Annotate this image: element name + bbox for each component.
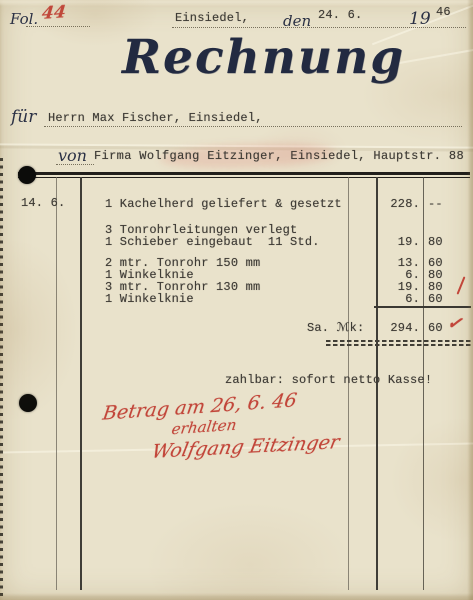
total-label: Sa. ℳk:: [307, 322, 364, 334]
total-underline-dash-1: [326, 340, 471, 342]
line-item-description: 1 Winkelknie: [105, 293, 194, 305]
date-dotted-line: [172, 27, 466, 28]
table-top-rule-thin: [18, 177, 470, 178]
von-dotted-line: [56, 164, 94, 165]
line-item-pfennig: 60: [428, 293, 458, 305]
received-note-line2: erhalten: [171, 418, 238, 437]
line-item-row: 1 Schieber eingebaut 11 Std.19.80: [0, 236, 473, 249]
year-prefix: 19: [409, 11, 431, 28]
line-item-mark: 228.: [374, 198, 420, 210]
year-suffix: 46: [436, 6, 451, 18]
line-item-description: 1 Schieber eingebaut 11 Std.: [105, 236, 320, 248]
line-item-description: 1 Kachelherd geliefert & gesetzt: [105, 198, 342, 210]
place-text: Einsiedel,: [175, 12, 249, 24]
line-item-row: 1 Kachelherd geliefert & gesetzt228.--: [0, 198, 473, 211]
punch-hole-top: [18, 166, 36, 184]
fol-number-handwritten: 44: [41, 4, 67, 23]
customer-dotted-line: [44, 126, 462, 127]
line-item-mark: 6.: [374, 293, 420, 305]
table-top-rule-thick: [18, 172, 470, 175]
customer-name: Herrn Max Fischer, Einsiedel,: [48, 112, 263, 124]
line-item-pfennig: --: [428, 198, 458, 210]
fol-dotted-line: [26, 26, 90, 27]
check-mark: ✓: [446, 314, 463, 334]
fuer-label: für: [11, 109, 36, 126]
vendor-name: Firma Wolfgang Eitzinger, Einsiedel, Hau…: [94, 150, 464, 162]
date-day-month: 24. 6.: [318, 9, 362, 21]
sum-rule: [374, 306, 471, 308]
line-item-mark: 19.: [374, 236, 420, 248]
payment-terms: zahlbar: sofort netto Kasse!: [225, 374, 432, 386]
line-item-pfennig: 80: [428, 236, 458, 248]
punch-hole-bottom: [19, 394, 37, 412]
line-item-row: 1 Winkelknie6.60: [0, 293, 473, 306]
left-perforation-edge: [0, 158, 3, 600]
total-underline-dash-2: [326, 344, 471, 346]
fol-label: Fol.: [10, 12, 38, 27]
total-mark-value: 294.: [374, 322, 420, 334]
von-label: von: [58, 148, 87, 164]
invoice-document: Fol. 44 Einsiedel, den 24. 6. 19 46 Rech…: [0, 0, 473, 600]
document-title: Rechnung: [122, 34, 405, 81]
